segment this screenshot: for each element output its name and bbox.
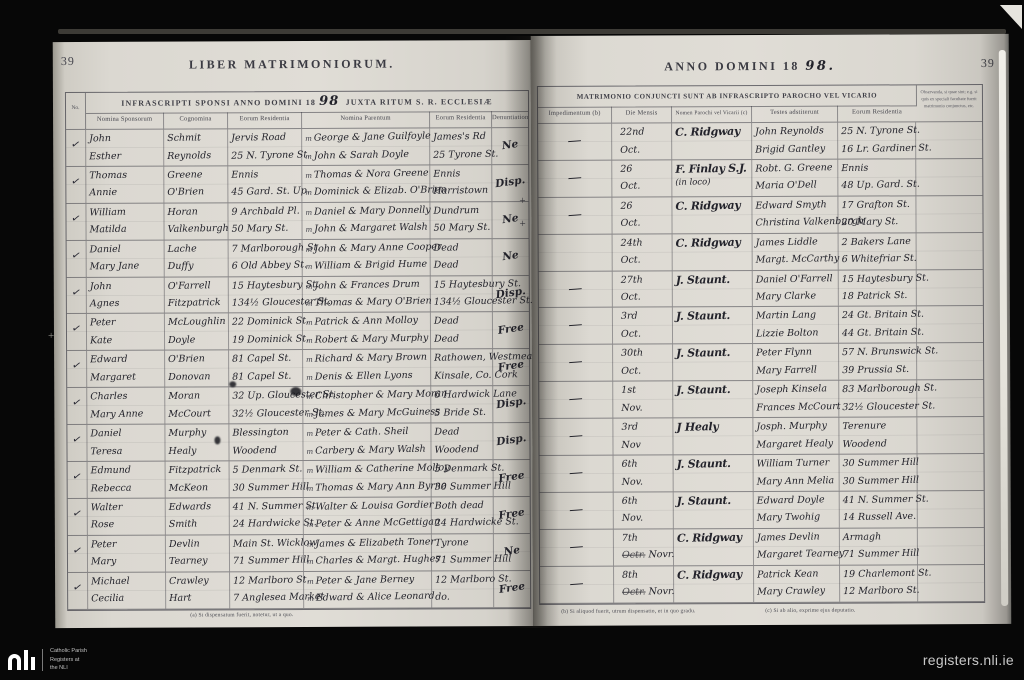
handwritten-text: 81 Capel St.: [229, 367, 302, 386]
witness-name: Margaret Tearney: [754, 545, 839, 564]
witnesses-cell: Joseph KinselaFrances McCourt: [753, 381, 839, 417]
names-cell: DanielMary Jane: [87, 240, 165, 276]
date-cell: 24thOct.: [613, 234, 673, 270]
parents-line: mJohn & Margaret Walsh: [302, 219, 429, 239]
date-cell: 3rdOct.: [613, 308, 673, 344]
witness-residence: Woodend: [839, 434, 916, 453]
parents-residence-cell: 15 Haytesbury St.134½ Gloucester St.: [431, 276, 493, 312]
handwritten-text: Tearney: [166, 552, 229, 571]
row-tick-mark: ✓: [65, 247, 87, 264]
names-cell: JohnEsther: [86, 130, 164, 166]
handwritten-text: O'Brien: [164, 183, 227, 202]
handwritten-text: James's Rd: [430, 128, 491, 147]
denuntiationes-cell: Free: [494, 460, 530, 496]
residence-cell: BlessingtonWoodend: [229, 424, 303, 460]
col-denuntiationes: Denuntiationes (a): [492, 111, 528, 127]
witness-name: John Reynolds: [752, 122, 837, 141]
right-footnote-b: (b) Si aliquod fuerit, utrum dispensatio…: [561, 608, 695, 615]
date-month: Octr.Novr.: [614, 546, 673, 565]
handwritten-text: 50 Mary St.: [228, 220, 301, 239]
handwritten-text: Fitzpatrick: [165, 294, 228, 313]
ink-blot: [229, 381, 236, 387]
parents-prefix-mark: m: [305, 135, 312, 143]
handwritten-text: Crawley: [166, 572, 229, 591]
parents-cell: mPatrick & Ann MolloymRobert & Mary Murp…: [303, 313, 431, 349]
handwritten-text: Dead: [430, 238, 491, 257]
parents-cell: mJohn & Frances DrummThomas & Mary O'Bri…: [303, 276, 431, 312]
date-day: 27th: [613, 271, 672, 290]
residence-cell: 15 Haytesbury St.134½ Gloucester St.: [229, 277, 303, 313]
witness-residence: 14 Russell Ave.: [840, 508, 917, 527]
priest-signature: C. Ridgway: [672, 233, 751, 252]
witness-residence: 17 Grafton St.: [838, 196, 915, 215]
col-eorum-residentia: Eorum Residentia: [838, 105, 916, 121]
priest-signature: J. Staunt.: [673, 307, 752, 326]
priest-cell: J. Staunt.: [673, 344, 753, 380]
handwritten-text: Harristown: [430, 182, 491, 201]
witness-residence: 18 Patrick St.: [839, 287, 916, 306]
parents-line: mPatrick & Ann Molloy: [303, 312, 430, 332]
parents-prefix-mark: m: [305, 189, 312, 197]
witness-name: Daniel O'Farrell: [753, 270, 838, 289]
col-nomen-parochi: Nomen Parochi vel Vicarii (c): [672, 106, 752, 122]
handwritten-text: 5 Denmark St.: [431, 460, 492, 479]
impedimentum-dash: —: [539, 462, 613, 485]
parents-prefix-mark: m: [307, 467, 314, 475]
denuntiationes-value: Ne: [491, 135, 529, 157]
row-tick-mark: ✓: [66, 431, 88, 448]
handwritten-text: Annie: [86, 183, 163, 202]
surnames-cell: SchmitReynolds: [164, 129, 228, 165]
handwritten-text: Peter: [88, 535, 165, 554]
handwritten-text: Main St. Wicklow: [230, 534, 303, 553]
handwritten-text: Peter: [87, 314, 164, 333]
parents-names: Dominick & Elizab. O'Brien: [314, 185, 447, 198]
handwritten-text: 24 Hardwicke St.: [432, 514, 493, 533]
handwritten-text: Walter: [88, 498, 165, 517]
row-tick-mark: ✓: [66, 394, 88, 411]
names-cell: CharlesMary Anne: [87, 388, 165, 424]
handwritten-text: 12 Marlboro St.: [432, 570, 493, 589]
observanda-cell: [917, 270, 983, 306]
handwritten-text: 134½ Gloucester St.: [229, 294, 302, 313]
witness-residence: Terenure: [839, 417, 916, 436]
priest-cell: C. Ridgway: [672, 197, 752, 233]
witness-residence-cell: 24 Gt. Britain St.44 Gt. Britain St.: [839, 307, 917, 343]
names-cell: DanielTeresa: [87, 425, 165, 461]
anno-domini-title: ANNO DOMINI 18 98.: [511, 58, 989, 75]
row-tick-mark: ✓: [67, 505, 89, 522]
observanda-cell: [916, 122, 982, 158]
handwritten-text: Dead: [431, 330, 492, 349]
observanda-header: Observanda, si quae sint; e.g. si quis e…: [916, 85, 982, 121]
witnesses-cell: John ReynoldsBrigid Gantley: [752, 123, 838, 159]
parents-names: Walter & Louisa Gordier: [315, 499, 433, 512]
denuntiationes-value: Ne: [493, 540, 531, 562]
date-cell: 7thOctr.Novr.: [614, 529, 674, 565]
parents-names: Christopher & Mary Moran: [315, 388, 448, 401]
date-month-value: Oct.: [621, 365, 641, 376]
register-row-right: —8thOctr.Novr.C. RidgwayPatrick KeanMary…: [540, 565, 984, 604]
col-nomina-sponsorum: Nomina Sponsorum: [86, 113, 164, 129]
handwritten-text: Kinsale, Co. Cork: [431, 367, 492, 386]
parents-line: mDenis & Ellen Lyons: [303, 366, 430, 386]
row-number-cell: ✓: [67, 278, 87, 314]
witness-name: Margaret Healy: [753, 435, 838, 454]
impedimentum-dash: —: [539, 425, 613, 448]
handwritten-text: Matilda: [86, 220, 163, 239]
row-number-cell: ✓: [67, 351, 87, 387]
handwritten-text: Dead: [431, 256, 492, 275]
denuntiationes-value: Free: [492, 356, 530, 378]
col-eorum-residentia-2: Eorum Residentia: [430, 111, 492, 127]
handwritten-text: 134½ Gloucester St.: [431, 293, 492, 312]
witnesses-cell: Peter FlynnMary Farrell: [753, 344, 839, 380]
residence-cell: 7 Marlborough St.6 Old Abbey St.: [229, 240, 303, 276]
witness-residence-cell: 17 Grafton St.20 Mary St.: [838, 196, 916, 232]
date-cell: 3rdNov: [613, 419, 673, 455]
priest-cell: C. Ridgway: [674, 566, 754, 602]
denuntiationes-cell: Ne: [492, 128, 528, 164]
handwritten-text: 71 Summer Hill: [230, 552, 303, 571]
handwritten-text: 25 N. Tyrone St.: [228, 146, 301, 165]
surnames-cell: O'BrienDonovan: [165, 351, 229, 387]
impedimentum-cell: —: [540, 493, 614, 529]
priest-signature: F. Finlay S.J.: [672, 159, 751, 178]
denuntiationes-cell: Free: [494, 571, 530, 607]
handwritten-text: 41 N. Summer St.: [230, 497, 303, 516]
register-row-left: ✓WalterRoseEdwardsSmith41 N. Summer St.2…: [68, 497, 530, 536]
impedimentum-cell: —: [539, 308, 613, 344]
denuntiationes-value: Ne: [492, 245, 530, 267]
date-day: 8th: [614, 566, 673, 585]
parents-names: Carbery & Mary Walsh: [315, 443, 426, 456]
witness-name: Peter Flynn: [753, 343, 838, 362]
date-month-value: Novr.: [648, 549, 674, 560]
parents-prefix-mark: m: [307, 577, 314, 585]
band-year-handwritten: 98: [319, 94, 339, 109]
parents-names: James & Elizabeth Toner: [315, 536, 435, 549]
handwritten-text: 24 Hardwicke St.: [230, 515, 303, 534]
witness-residence: 48 Up. Gard. St.: [838, 176, 915, 195]
nli-branding: Catholic Parish Registers at the NLI: [8, 647, 87, 673]
register-row-right: —3rdOct.J. Staunt.Martin LangLizzie Bolt…: [539, 306, 983, 345]
parents-cell: mRichard & Mary BrownmDenis & Ellen Lyon…: [303, 350, 431, 386]
date-month-value: Oct.: [621, 255, 641, 266]
handwritten-text: Margaret: [87, 368, 164, 387]
residence-cell: 9 Archbald Pl.50 Mary St.: [228, 203, 302, 239]
date-month-value: Oct.: [620, 181, 640, 192]
handwritten-text: Mary Jane: [87, 257, 164, 276]
witness-residence: 41 N. Summer St.: [840, 491, 917, 510]
register-book-spread: 39 LIBER MATRIMONIORUM. No. INFRASCRIPTI…: [53, 34, 1012, 634]
date-month: Oct.: [613, 288, 672, 307]
witness-residence: Armagh: [840, 528, 917, 547]
date-day: 6th: [613, 455, 672, 474]
handwritten-text: 5 Bride St.: [431, 403, 492, 422]
impedimentum-cell: —: [539, 345, 613, 381]
parents-names: Denis & Ellen Lyons: [315, 370, 413, 383]
handwritten-text: John: [87, 277, 164, 296]
impedimentum-dash: —: [539, 351, 613, 374]
register-row-right: —26Oct.C. RidgwayEdward SmythChristina V…: [538, 196, 982, 235]
priest-cell: C. Ridgway: [673, 234, 753, 270]
margin-cross-mark: +: [519, 195, 525, 207]
anno-pre: ANNO DOMINI 18: [664, 59, 800, 74]
handwritten-text: 15 Haytesbury St.: [431, 275, 492, 294]
denuntiationes-value: Free: [493, 467, 531, 489]
parents-line: mJames & Mary McGuiness: [303, 403, 430, 423]
witness-residence-cell: 2 Bakers Lane6 Whitefriar St.: [839, 233, 917, 269]
handwritten-text: 32½ Gloucester St.: [229, 404, 302, 423]
witness-residence-cell: Armagh71 Summer Hill: [840, 528, 918, 564]
witness-name: Brigid Gantley: [752, 140, 837, 159]
impedimentum-dash: —: [538, 278, 612, 301]
priest-signature: C. Ridgway: [674, 565, 753, 584]
priest-cell: J. Staunt.: [673, 381, 753, 417]
denuntiationes-cell: Disp.: [493, 423, 529, 459]
handwritten-text: Mary: [88, 552, 165, 571]
impedimentum-cell: —: [539, 382, 613, 418]
observanda-cell: [916, 159, 982, 195]
book-top-edge: [58, 29, 1006, 34]
witness-residence: 6 Whitefriar St.: [839, 250, 916, 269]
date-month: Oct.: [612, 214, 671, 233]
date-month-value: Oct.: [620, 144, 640, 155]
parents-residence-cell: DeadDead: [431, 239, 493, 275]
observanda-cell: [916, 196, 982, 232]
impedimentum-dash: —: [539, 499, 613, 522]
right-footnote-c: (c) Si ab alio, exprime ejus deputatio.: [765, 608, 855, 614]
denuntiationes-value: Disp.: [491, 171, 529, 193]
surnames-cell: EdwardsSmith: [166, 498, 230, 534]
handwritten-text: Kate: [87, 331, 164, 350]
impedimentum-dash: —: [538, 204, 612, 227]
row-number-cell: ✓: [67, 388, 87, 424]
parents-prefix-mark: m: [307, 595, 314, 603]
date-month: Oct.: [613, 251, 672, 270]
handwritten-text: 50 Mary St.: [430, 219, 491, 238]
nli-logo-l: [24, 650, 28, 670]
witness-name: Mary Farrell: [753, 361, 838, 380]
brand-divider: [42, 649, 43, 671]
witness-name: Edward Doyle: [754, 491, 839, 510]
witness-residence-cell: 25 N. Tyrone St.16 Lr. Gardiner St.: [838, 122, 916, 158]
witnesses-cell: James DevlinMargaret Tearney: [754, 528, 840, 564]
date-month: Nov: [613, 436, 672, 455]
witness-residence: 24 Gt. Britain St.: [839, 306, 916, 325]
register-row-right: —1stNov.J. Staunt.Joseph KinselaFrances …: [539, 380, 983, 419]
parents-cell: mThomas & Nora GreenemDominick & Elizab.…: [302, 165, 430, 201]
parents-residence-cell: Rathowen, WestmeathKinsale, Co. Cork: [431, 350, 493, 386]
names-cell: JohnAgnes: [87, 277, 165, 313]
parents-line: mPeter & Anne McGettigan: [304, 514, 431, 534]
date-day: 30th: [613, 344, 672, 363]
nli-logo-i: [31, 657, 35, 670]
witness-residence-cell: 19 Charlemont St.12 Marlboro St.: [840, 565, 918, 601]
surnames-cell: LacheDuffy: [165, 240, 229, 276]
denuntiationes-cell: Disp.: [493, 276, 529, 312]
witnesses-cell: Patrick KeanMary Crawley: [754, 565, 840, 601]
parents-prefix-mark: m: [306, 430, 313, 438]
parents-line: mThomas & Mary O'Brien: [303, 293, 430, 313]
register-row-left: ✓JohnAgnesO'FarrellFitzpatrick15 Haytesb…: [67, 276, 529, 315]
date-month-value: Nov.: [622, 513, 643, 524]
handwritten-text: Michael: [88, 572, 165, 591]
parents-residence-cell: 6 Hardwick Lane5 Bride St.: [431, 386, 493, 422]
residence-cell: 22 Dominick St.19 Dominick St.: [229, 313, 303, 349]
handwritten-text: Dead: [431, 423, 492, 442]
witness-residence: 30 Summer Hill: [839, 454, 916, 473]
surnames-cell: FitzpatrickMcKeon: [166, 461, 230, 497]
handwritten-text: Woodend: [229, 441, 302, 460]
parents-names: Richard & Mary Brown: [315, 352, 427, 365]
witnesses-cell: Daniel O'FarrellMary Clarke: [753, 270, 839, 306]
date-day: 3rd: [613, 418, 672, 437]
denuntiationes-value: Free: [492, 319, 530, 341]
witness-residence: 19 Charlemont St.: [840, 564, 917, 583]
handwritten-text: 22 Dominick St.: [229, 313, 302, 332]
parents-cell: mWalter & Louisa GordiermPeter & Anne Mc…: [304, 497, 432, 533]
brand-text: Catholic Parish Registers at the NLI: [50, 647, 87, 673]
date-cell: 27thOct.: [613, 271, 673, 307]
witness-residence: 30 Summer Hill: [839, 471, 916, 490]
handwritten-text: 45 Gard. St. Up.: [228, 183, 301, 202]
row-number-cell: ✓: [68, 536, 88, 572]
witnesses-cell: Edward SmythChristina Valkenburgh: [752, 196, 838, 232]
handwritten-text: McLoughlin: [165, 313, 228, 332]
nli-logo-icon: [8, 650, 35, 670]
handwritten-text: Horan: [164, 203, 227, 222]
handwritten-text: Ennis: [430, 165, 491, 184]
denuntiationes-value: Disp.: [492, 430, 530, 452]
witness-name: James Liddle: [752, 233, 837, 252]
parents-names: Peter & Anne McGettigan: [315, 517, 440, 530]
date-day: 26: [612, 197, 671, 216]
parents-names: George & Jane Guilfoyle: [314, 131, 431, 144]
priest-cell: C. Ridgway: [672, 123, 752, 159]
parents-cell: mGeorge & Jane GuilfoylemJohn & Sarah Do…: [302, 128, 430, 164]
row-tick-mark: ✓: [65, 210, 87, 227]
handwritten-text: Edward: [87, 350, 164, 369]
parents-names: Edward & Alice Leonard: [316, 591, 435, 604]
impedimentum-dash: —: [539, 536, 613, 559]
handwritten-text: Dead: [431, 312, 492, 331]
handwritten-text: Greene: [164, 166, 227, 185]
parents-line: mEdward & Alice Leonard: [304, 588, 431, 608]
parents-prefix-mark: m: [305, 172, 312, 180]
names-cell: PeterKate: [87, 314, 165, 350]
witness-residence: 71 Summer Hill: [840, 545, 917, 564]
row-number-cell: ✓: [66, 167, 86, 203]
handwritten-text: Ennis: [228, 165, 301, 184]
right-table-rows: —22ndOct.C. RidgwayJohn ReynoldsBrigid G…: [538, 121, 984, 604]
impedimentum-dash: —: [540, 573, 614, 596]
handwritten-text: Blessington: [229, 424, 302, 443]
priest-cell: J. Staunt.: [673, 307, 753, 343]
witnesses-cell: Martin LangLizzie Bolton: [753, 307, 839, 343]
denuntiationes-value: Free: [493, 577, 531, 599]
witness-name: Martin Lang: [753, 307, 838, 326]
date-cell: 30thOct.: [613, 345, 673, 381]
witness-name: Mary Ann Melia: [753, 472, 838, 491]
names-cell: ThomasAnnie: [86, 166, 164, 202]
date-month: Oct.: [613, 325, 672, 344]
handwritten-text: Schmit: [164, 129, 227, 148]
register-row-left: ✓PeterMaryDevlinTearneyMain St. Wicklow7…: [68, 534, 530, 573]
date-cell: 26Oct.: [612, 197, 672, 233]
parents-cell: mPeter & Jane BerneymEdward & Alice Leon…: [304, 571, 432, 607]
brand-text-line: Catholic Parish: [50, 647, 87, 656]
observanda-cell: [917, 380, 983, 416]
parents-cell: mChristopher & Mary MoranmJames & Mary M…: [303, 387, 431, 423]
row-tick-mark: ✓: [66, 357, 88, 374]
register-row-left: ✓DanielMary JaneLacheDuffy7 Marlborough …: [67, 239, 529, 278]
parents-prefix-mark: m: [306, 300, 313, 308]
witness-residence-cell: 30 Summer Hill30 Summer Hill: [840, 454, 918, 490]
handwritten-text: 6 Old Abbey St.: [229, 257, 302, 276]
row-tick-mark: ✓: [67, 542, 89, 559]
date-month-value: Nov: [621, 439, 641, 450]
row-number-cell: ✓: [68, 462, 88, 498]
row-number-cell: ✓: [67, 314, 87, 350]
register-row-right: —30thOct.J. Staunt.Peter FlynnMary Farre…: [539, 343, 983, 382]
impedimentum-cell: —: [539, 271, 613, 307]
parents-residence-cell: 12 Marlboro St.do.: [432, 571, 494, 607]
witnesses-cell: Josph. MurphyMargaret Healy: [753, 418, 839, 454]
date-day: 24th: [612, 234, 671, 253]
parents-line: mWilliam & Brigid Hume: [303, 256, 430, 276]
parents-line: mJohn & Sarah Doyle: [302, 145, 429, 165]
handwritten-text: McKeon: [166, 478, 229, 497]
register-row-left: ✓EdmundRebeccaFitzpatrickMcKeon5 Denmark…: [68, 460, 530, 499]
left-register-table: No. INFRASCRIPTI SPONSI ANNO DOMINI 18 9…: [65, 90, 531, 611]
handwritten-text: Thomas: [86, 166, 163, 185]
handwritten-text: Cecilia: [88, 589, 165, 608]
witness-name: Edward Smyth: [752, 196, 837, 215]
names-cell: WilliamMatilda: [86, 203, 164, 239]
witness-name: Mary Crawley: [754, 582, 839, 601]
residence-cell: 12 Marlboro St.7 Anglesea Market: [230, 572, 304, 608]
priest-signature: C. Ridgway: [674, 528, 753, 547]
parents-cell: mJames & Elizabeth TonermCharles & Margt…: [304, 534, 432, 570]
witness-residence: 16 Lr. Gardiner St.: [838, 139, 915, 158]
register-page-right: ANNO DOMINI 18 98. 39 MATRIMONIO CONJUNC…: [531, 34, 1012, 626]
register-row-left: ✓ThomasAnnieGreeneO'BrienEnnis45 Gard. S…: [66, 165, 528, 204]
handwritten-text: John: [86, 129, 163, 148]
page-corner-sliver: [996, 5, 1022, 29]
parents-names: John & Margaret Walsh: [314, 222, 428, 235]
witness-residence-cell: 57 N. Brunswick St.39 Prussia St.: [839, 344, 917, 380]
names-cell: EdmundRebecca: [88, 462, 166, 498]
handwritten-text: 7 Anglesea Market: [230, 589, 303, 608]
observanda-cell: [917, 233, 983, 269]
denuntiationes-cell: Free: [493, 312, 529, 348]
handwritten-text: Fitzpatrick: [165, 461, 228, 480]
observanda-cell: [918, 454, 984, 490]
priest-signature: J. Staunt.: [673, 455, 752, 474]
surnames-cell: DevlinTearney: [166, 535, 230, 571]
date-month-value: Nov.: [621, 402, 642, 413]
handwritten-text: Devlin: [166, 535, 229, 554]
parents-cell: mPeter & Cath. SheilmCarbery & Mary Wals…: [303, 424, 431, 460]
witness-residence: 20 Mary St.: [838, 213, 915, 232]
parents-residence-cell: DeadDead: [431, 313, 493, 349]
date-cell: 1stNov.: [613, 382, 673, 418]
priest-cell: J. Staunt.: [673, 271, 753, 307]
handwritten-text: O'Brien: [165, 350, 228, 369]
parents-prefix-mark: m: [306, 410, 313, 418]
